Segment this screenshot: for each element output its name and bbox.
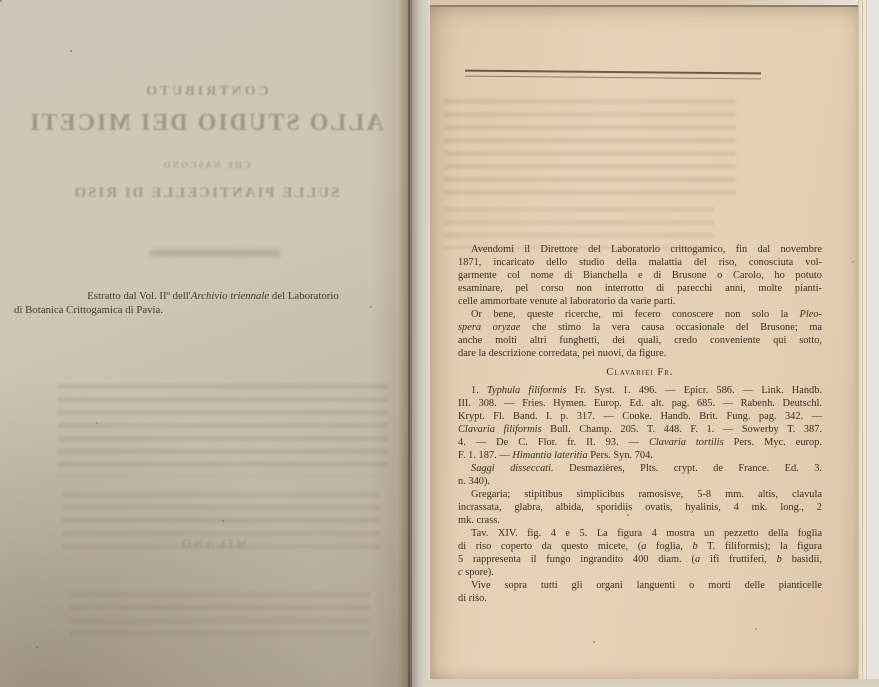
italic-text-segment: Archivio triennale <box>191 290 269 302</box>
text-segment: di riso. <box>458 593 487 604</box>
text-segment: incrassata, glabra, albida, sporidiis ov… <box>458 502 822 513</box>
text-line: dare la descrizione corredata, pei nuovi… <box>458 347 822 360</box>
imprint-note: Estratto dal Vol. IIº dell'Archivio trie… <box>14 289 412 317</box>
text-segment: esaminare, pel corso non interrotto di p… <box>458 283 822 294</box>
text-segment: anche molti altri funghetti, dei quali, … <box>458 335 822 346</box>
paragraph: 1. Typhula filiformis Fr. Syst. 1. 496. … <box>458 384 822 462</box>
text-line: Krypt. Fl. Band. I. p. 317. — Cooke. Han… <box>458 410 822 423</box>
text-line: c spore). <box>458 566 822 579</box>
paragraph: Estratto dal Vol. IIº dell'Archivio trie… <box>14 289 412 317</box>
text-line: anche molti altri funghetti, dei quali, … <box>458 334 822 347</box>
text-segment: III. 308. — Fries. Hymen. Europ. Ed. alt… <box>458 398 822 409</box>
text-segment: 1. <box>471 385 487 396</box>
text-line: di riso coperto da questo micete, (a fog… <box>458 540 822 553</box>
italic-text-segment: Clavaria tortilis <box>649 437 724 448</box>
text-segment: spore). <box>463 567 494 578</box>
text-line: Avendomi il Direttore del Laboratorio cr… <box>458 243 822 256</box>
header-double-rule <box>465 70 761 80</box>
text-segment: mk. crass. <box>458 515 500 526</box>
text-line: mk. crass. <box>458 514 822 527</box>
paragraph: Gregaria; stipitibus simplicibus ramosis… <box>458 488 822 527</box>
text-line: di Botanica Crittogamica di Pavia. <box>14 303 412 317</box>
paragraph: Avendomi il Direttore del Laboratorio cr… <box>458 243 822 308</box>
text-segment: ifi fruttiferi, <box>700 554 777 565</box>
text-segment: basidii, <box>782 554 822 565</box>
text-line: F. 1. 187. — Himantia lateritia Pers. Sy… <box>458 449 822 462</box>
text-segment: 5 rappresenta il fungo ingrandito 400 di… <box>458 554 695 565</box>
text-line: Vive sopra tutti gli organi languenti o … <box>458 579 822 592</box>
text-segment: che stimo la vera causa occasionale del … <box>520 322 822 333</box>
text-segment: foglia, <box>646 541 692 552</box>
italic-text-segment: spera oryzae <box>458 322 520 333</box>
text-segment: Krypt. Fl. Band. I. p. 317. — Cooke. Han… <box>458 411 822 422</box>
italic-text-segment: Himantia lateritia <box>512 450 587 461</box>
text-segment: Fr. Syst. 1. 496. — Epicr. 586. — Link. … <box>567 385 822 396</box>
paragraph: Tav. XIV. fig. 4 e 5. La figura 4 mostra… <box>458 527 822 579</box>
text-segment: 4. — De C. Flor. fr. II. 93. — <box>458 437 649 448</box>
bleed-through-footer: MILANO <box>14 536 412 551</box>
text-line: 5 rappresenta il fungo ingrandito 400 di… <box>458 553 822 566</box>
scan-background <box>869 0 879 687</box>
text-segment: di riso coperto da questo micete, ( <box>458 541 641 552</box>
text-segment: di Botanica Crittogamica di Pavia. <box>14 304 163 316</box>
italic-text-segment: Typhula filiformis <box>487 385 567 396</box>
bleed-through-title-line: CHE NASCONO <box>0 160 412 170</box>
paper-specks <box>0 0 2 2</box>
paragraph: Saggi disseccati. Desmazières, Plts. cry… <box>458 462 822 488</box>
text-line: Gregaria; stipitibus simplicibus ramosis… <box>458 488 822 501</box>
text-segment: Tav. XIV. fig. 4 e 5. La figura 4 mostra… <box>471 528 822 539</box>
text-line: Estratto dal Vol. IIº dell'Archivio trie… <box>14 289 412 303</box>
text-line: 4. — De C. Flor. fr. II. 93. — Clavaria … <box>458 436 822 449</box>
italic-text-segment: Saggi disseccati. <box>471 463 554 474</box>
text-segment: Or bene, queste ricerche, mi fecero cono… <box>471 309 799 320</box>
text-segment: Pers. Syn. 704. <box>588 450 653 461</box>
bleed-through-title: CONTRIBUTO ALLO STUDIO DEI MICETI CHE NA… <box>0 84 412 202</box>
text-segment: del Laboratorio <box>269 290 339 302</box>
text-line: Or bene, queste ricerche, mi fecero cono… <box>458 308 822 321</box>
text-line: esaminare, pel corso non interrotto di p… <box>458 282 822 295</box>
italic-text-segment: Clavaria filiformis <box>458 424 542 435</box>
section-heading: Clavariei Fr. <box>458 366 822 379</box>
text-segment: Vive sopra tutti gli organi languenti o … <box>471 580 822 591</box>
bleed-through-title-line: SULLE PIANTICELLE DI RISO <box>0 185 412 202</box>
text-line: n. 340). <box>458 475 822 488</box>
text-segment: Avendomi il Direttore del Laboratorio cr… <box>471 244 822 255</box>
main-text-column: Avendomi il Direttore del Laboratorio cr… <box>458 243 822 605</box>
text-segment: Desmazières, Plts. crypt. de France. Ed.… <box>554 463 822 474</box>
paragraph: Vive sopra tutti gli organi languenti o … <box>458 579 822 605</box>
text-line: 1871, incaricato dello studio della mala… <box>458 256 822 269</box>
text-segment: Bull. Champ. 205. T. 448. F. 1. — Sowerb… <box>542 424 822 435</box>
text-line: Clavaria filiformis Bull. Champ. 205. T.… <box>458 423 822 436</box>
bleed-through-text <box>444 99 736 199</box>
text-line: celle ammorbate venute al laboratorio da… <box>458 295 822 308</box>
text-line: di riso. <box>458 592 822 605</box>
bleed-through-smudge <box>150 250 280 256</box>
bleed-through-text <box>58 384 388 476</box>
text-segment: 1871, incaricato dello studio della mala… <box>458 257 822 268</box>
text-segment: dare la descrizione corredata, pei nuovi… <box>458 348 666 359</box>
paragraph: Or bene, queste ricerche, mi fecero cono… <box>458 308 822 360</box>
italic-text-segment: Pleo- <box>799 309 822 320</box>
left-page: CONTRIBUTO ALLO STUDIO DEI MICETI CHE NA… <box>0 0 412 687</box>
text-segment: Estratto dal Vol. IIº dell' <box>87 290 191 302</box>
right-page: Avendomi il Direttore del Laboratorio cr… <box>430 5 860 681</box>
text-segment: Pers. Myc. europ. <box>724 437 822 448</box>
text-line: III. 308. — Fries. Hymen. Europ. Ed. alt… <box>458 397 822 410</box>
text-line: Tav. XIV. fig. 4 e 5. La figura 4 mostra… <box>458 527 822 540</box>
bleed-through-text <box>70 592 370 640</box>
text-segment: Gregaria; stipitibus simplicibus ramosis… <box>471 489 822 500</box>
text-line: spera oryzae che stimo la vera causa occ… <box>458 321 822 334</box>
text-line: Saggi disseccati. Desmazières, Plts. cry… <box>458 462 822 475</box>
text-segment: n. 340). <box>458 476 490 487</box>
page-edge-under-bottom <box>424 679 879 687</box>
text-line: incrassata, glabra, albida, sporidiis ov… <box>458 501 822 514</box>
text-segment: garmente col nome di Bianchella e di Bru… <box>458 270 822 281</box>
text-segment: celle ammorbate venute al laboratorio da… <box>458 296 676 307</box>
bleed-through-title-line: CONTRIBUTO <box>0 84 412 100</box>
book-photo: CONTRIBUTO ALLO STUDIO DEI MICETI CHE NA… <box>0 0 879 687</box>
text-segment: T. filiformis); la figura <box>698 541 822 552</box>
bleed-through-title-line: ALLO STUDIO DEI MICETI <box>0 110 412 137</box>
text-line: garmente col nome di Bianchella e di Bru… <box>458 269 822 282</box>
text-segment: F. 1. 187. — <box>458 450 512 461</box>
text-line: 1. Typhula filiformis Fr. Syst. 1. 496. … <box>458 384 822 397</box>
